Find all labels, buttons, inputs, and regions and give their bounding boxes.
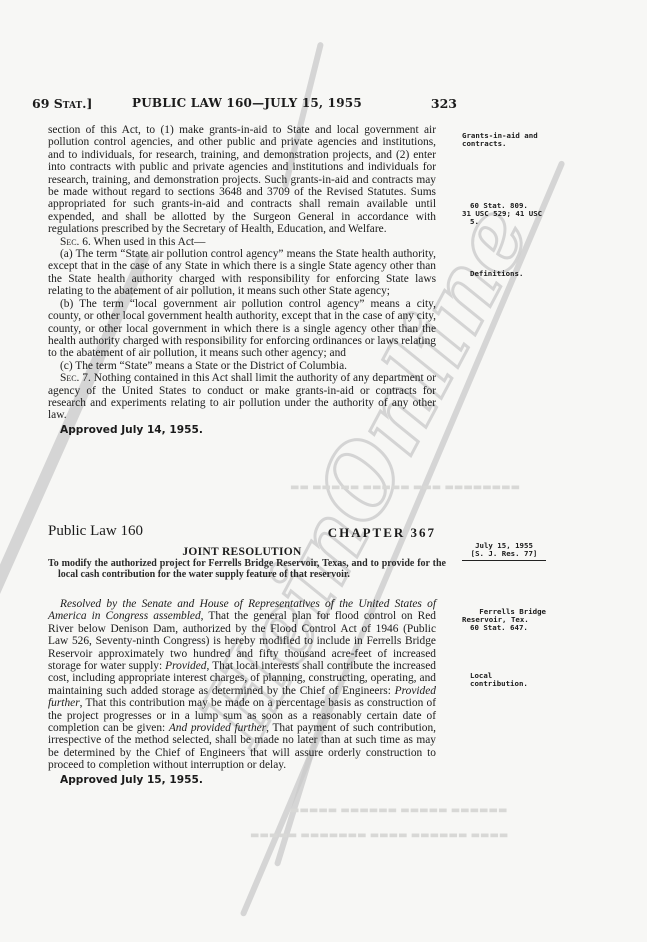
resolution-body: Resolved by the Senate and House of Repr…	[48, 598, 436, 786]
section-6-intro-text: When used in this Act—	[93, 236, 205, 248]
margin-note-text: Local contribution.	[470, 671, 528, 688]
section-7: Sec. 7. Nothing contained in this Act sh…	[48, 372, 436, 422]
margin-note-text: [S. J. Res. 77]	[462, 550, 546, 561]
margin-note-text: Definitions.	[462, 269, 523, 278]
margin-note-definitions: Definitions.	[462, 270, 582, 278]
bleed-through-text: ▬▬▬▬▬ ▬▬▬▬▬▬ ▬▬▬▬▬ ▬▬▬▬▬▬	[290, 805, 507, 817]
bleed-through-text: ▬▬▬▬▬ ▬▬▬▬▬▬▬ ▬▬▬▬ ▬▬▬▬▬▬ ▬▬▬▬	[250, 830, 508, 842]
margin-note-local: Local contribution.	[462, 672, 550, 688]
proviso-1: Provided	[165, 660, 206, 672]
public-law-number: Public Law 160	[48, 523, 143, 540]
margin-note-text: 31 USC 529; 41 USC 5.	[462, 210, 552, 226]
section-6-item-a: (a) The term “State air pollution contro…	[48, 248, 436, 298]
joint-resolution-title: JOINT RESOLUTION	[48, 546, 436, 558]
section-6-intro: Sec. 6. When used in this Act—	[48, 236, 436, 248]
volume-reference: 69 Stat.]	[32, 96, 92, 111]
margin-note-citation: 60 Stat. 809. 31 USC 529; 41 USC 5.	[462, 202, 552, 226]
section-6-item-b: (b) The term “local government air pollu…	[48, 298, 436, 360]
resolution-text: Resolved by the Senate and House of Repr…	[48, 598, 436, 772]
header-title: PUBLIC LAW 160—JULY 15, 1955	[132, 96, 362, 110]
margin-note-text: 60 Stat. 647.	[462, 624, 546, 632]
margin-note-date: July 15, 1955 [S. J. Res. 77]	[462, 542, 546, 561]
margin-note-grants: Grants-in-aid and contracts.	[462, 132, 542, 148]
bleed-through-text: ▬▬ ▬▬▬▬▬ ▬▬▬▬▬ ▬▬▬ ▬▬▬▬▬▬▬▬	[290, 482, 520, 494]
section-7-text: Nothing contained in this Act shall limi…	[48, 372, 436, 421]
running-header: 69 Stat.] PUBLIC LAW 160—JULY 15, 1955 3…	[32, 96, 457, 112]
margin-note-text: Grants-in-aid and contracts.	[462, 131, 538, 148]
margin-note-ferrells: Ferrells Bridge Reservoir, Tex. 60 Stat.…	[462, 608, 546, 632]
document-page: HeinOnline ▬▬ ▬▬▬▬▬ ▬▬▬▬▬ ▬▬▬ ▬▬▬▬▬▬▬▬ ▬…	[0, 0, 647, 942]
page-number: 323	[431, 96, 457, 111]
proviso-3: And provided further	[169, 722, 266, 734]
public-law-159-body: section of this Act, to (1) make grants-…	[48, 124, 436, 436]
section-6-label: Sec. 6.	[60, 236, 91, 248]
approval-date-2: Approved July 15, 1955.	[48, 774, 436, 786]
joint-resolution-purpose: To modify the authorized project for Fer…	[48, 558, 446, 580]
section-6-item-c: (c) The term “State” means a State or th…	[48, 360, 436, 372]
chapter-number: CHAPTER 367	[328, 525, 436, 541]
law-heading: Public Law 160 CHAPTER 367	[48, 523, 436, 541]
approval-date-1: Approved July 14, 1955.	[48, 424, 436, 436]
section-7-label: Sec. 7.	[60, 372, 91, 384]
section-5-continuation: section of this Act, to (1) make grants-…	[48, 124, 436, 236]
